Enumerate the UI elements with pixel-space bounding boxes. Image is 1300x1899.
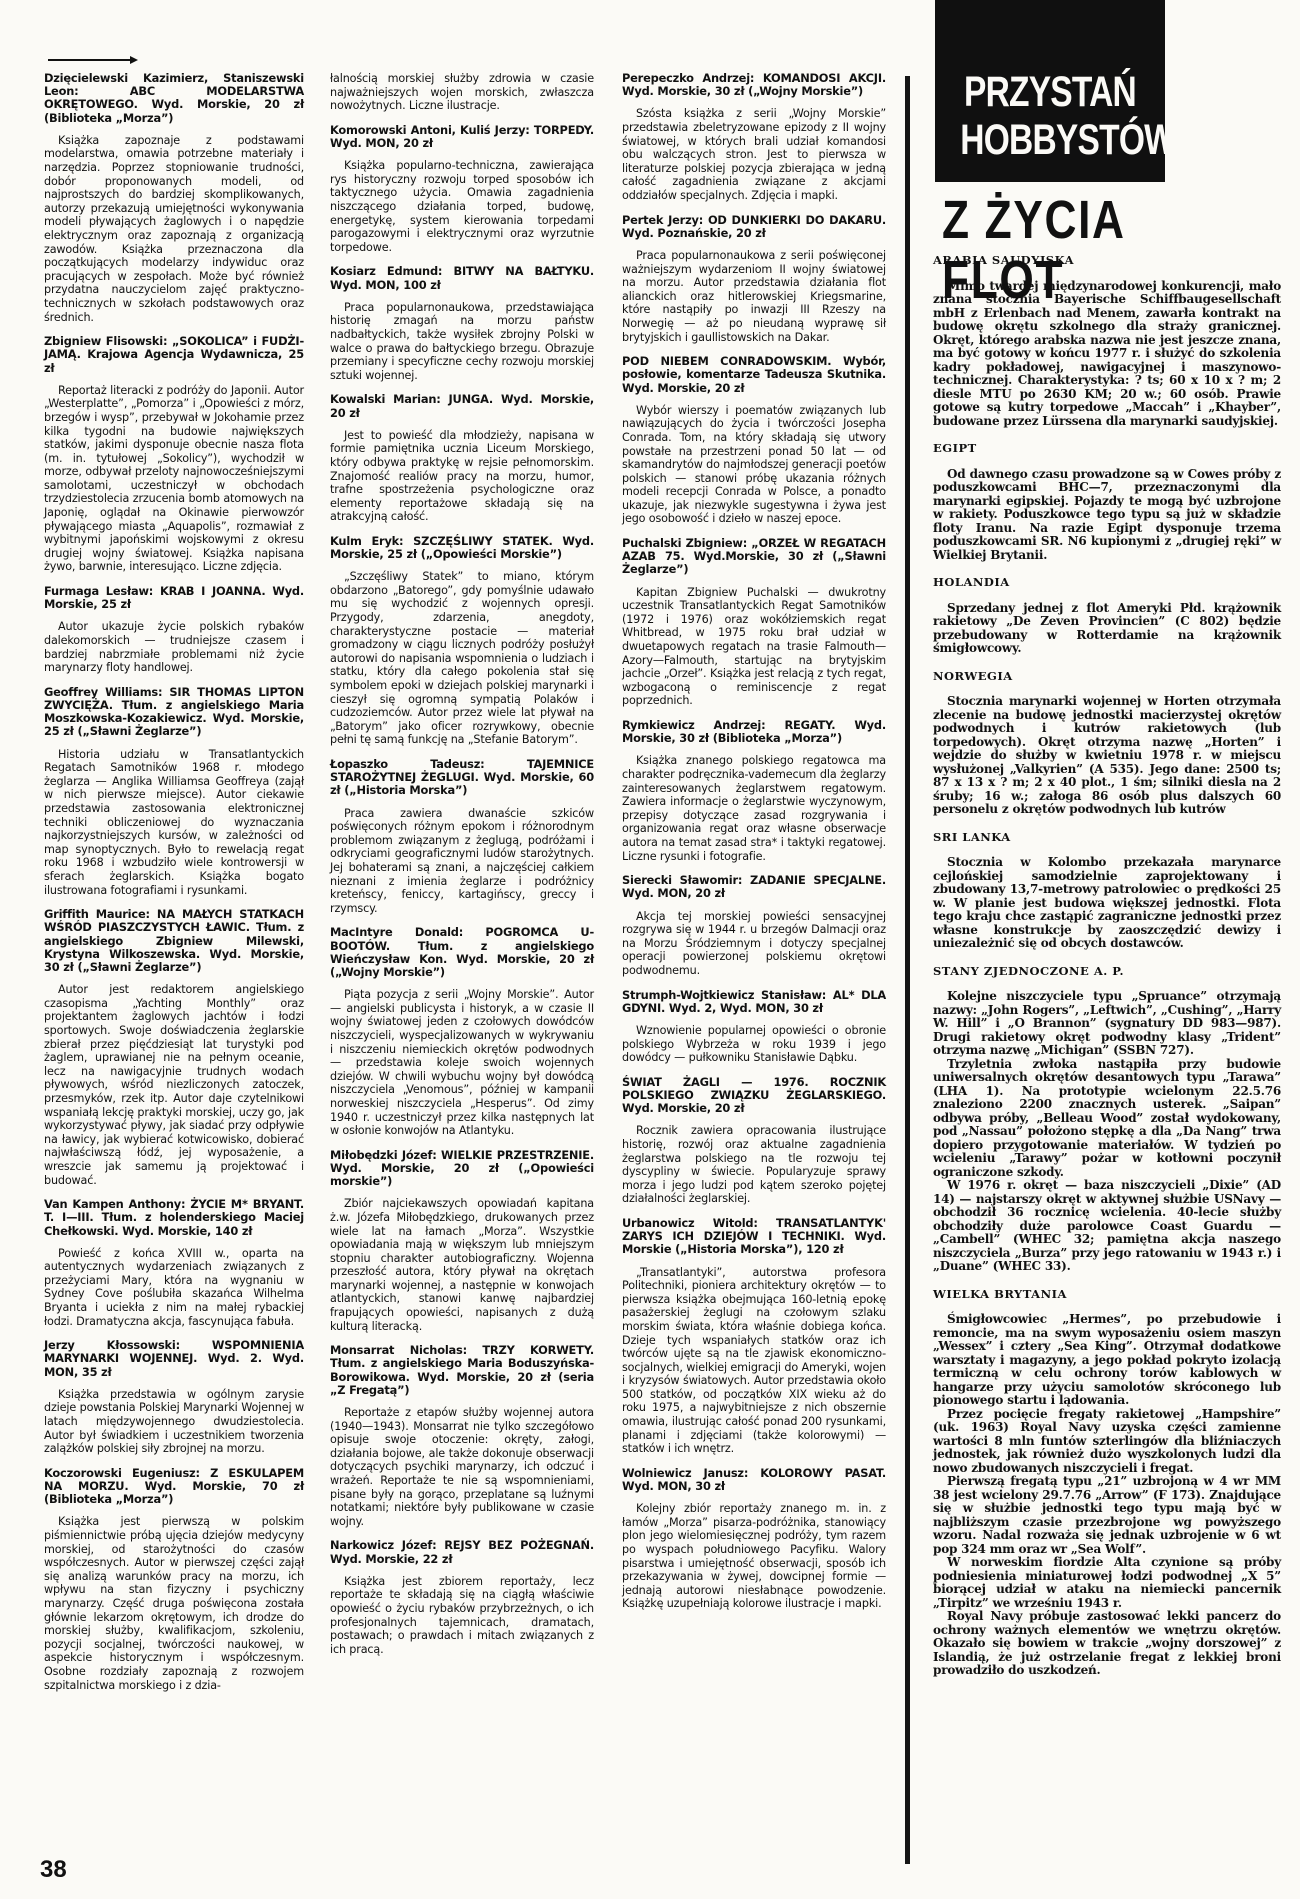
book-heading: ŚWIAT ŻAGLI — 1976. ROCZNIK POLSKIEGO ZW… bbox=[622, 1076, 886, 1116]
book-entry: Urbanowicz Witold: TRANSATLANTYK' ZARYS … bbox=[622, 1217, 886, 1456]
entry-body: łalnością morskiej służby zdrowia w czas… bbox=[330, 72, 594, 113]
book-entry: Geoffrey Williams: SIR THOMAS LIPTON ZWY… bbox=[44, 686, 304, 897]
book-entry: Rymkiewicz Andrzej: REGATY. Wyd. Morskie… bbox=[622, 719, 886, 863]
book-heading: Sierecki Sławomir: ZADANIE SPECJALNE. Wy… bbox=[622, 874, 886, 900]
news-paragraph: Kolejne niszczyciele typu „Spruance” otr… bbox=[933, 990, 1281, 1058]
book-entry: Komorowski Antoni, Kuliś Jerzy: TORPEDY.… bbox=[330, 124, 594, 255]
book-description: Autor jest redaktorem angielskiego czaso… bbox=[44, 983, 304, 1187]
book-heading: Perepeczko Andrzej: KOMANDOSI AKCJI. Wyd… bbox=[622, 72, 886, 98]
book-description: Reportaże z etapów służby wojennej autor… bbox=[330, 1406, 594, 1528]
book-description: Reportaż literacki z podróży do Japonii.… bbox=[44, 384, 304, 574]
book-description: Książka przedstawia w ogólnym zarysie dz… bbox=[44, 1388, 304, 1456]
book-description: „Transatlantyki”, autorstwa profesora Po… bbox=[622, 1266, 886, 1456]
book-heading: Miłobędzki Józef: WIELKIE PRZESTRZENIE. … bbox=[330, 1149, 594, 1189]
book-description: Kolejny zbiór reportaży znanego m. in. z… bbox=[622, 1502, 886, 1611]
book-heading: Monsarrat Nicholas: TRZY KORWETY. Tłum. … bbox=[330, 1344, 594, 1397]
country-heading: WIELKA BRYTANIA bbox=[933, 1288, 1281, 1302]
book-entry: Griffith Maurice: NA MAŁYCH STATKACH WŚR… bbox=[44, 908, 304, 1187]
book-entry: Monsarrat Nicholas: TRZY KORWETY. Tłum. … bbox=[330, 1344, 594, 1528]
news-paragraph: Stocznia marynarki wojennej w Horten otr… bbox=[933, 695, 1281, 817]
book-entry: POD NIEBEM CONRADOWSKIM. Wybór, posłowie… bbox=[622, 355, 886, 526]
book-description: Praca popularnonaukowa, przedstawiająca … bbox=[330, 301, 594, 383]
book-description: Powieść z końca XVIII w., oparta na aute… bbox=[44, 1247, 304, 1329]
book-description: Rocznik zawiera opracowania ilustrujące … bbox=[622, 1124, 886, 1206]
country-section: EGIPTOd dawnego czasu prowadzone są w Co… bbox=[933, 442, 1281, 562]
book-description: Książka popularno-techniczna, zawierając… bbox=[330, 159, 594, 254]
page-number: 38 bbox=[40, 1856, 67, 1884]
book-heading: Furmaga Lesław: KRAB I JOANNA. Wyd. Mors… bbox=[44, 585, 304, 611]
news-paragraph: Przez pocięcie fregaty rakietowej „Hamps… bbox=[933, 1408, 1281, 1476]
news-paragraph: Stocznia w Kolombo przekazała marynarce … bbox=[933, 856, 1281, 951]
book-heading: POD NIEBEM CONRADOWSKIM. Wybór, posłowie… bbox=[622, 355, 886, 395]
book-entry: Miłobędzki Józef: WIELKIE PRZESTRZENIE. … bbox=[330, 1149, 594, 1334]
banner-line-1: PRZYSTAŃ bbox=[960, 68, 1139, 116]
book-review-column-2: łalnością morskiej służby zdrowia w czas… bbox=[330, 72, 594, 1667]
book-description: Książka jest pierwszą w polskim piśmienn… bbox=[44, 1515, 304, 1692]
news-paragraph: Sprzedany jednej z flot Ameryki Płd. krą… bbox=[933, 602, 1281, 656]
book-entry: Koczorowski Eugeniusz: Z ESKULAPEM NA MO… bbox=[44, 1467, 304, 1692]
country-heading: HOLANDIA bbox=[933, 576, 1281, 590]
country-section: SRI LANKAStocznia w Kolombo przekazała m… bbox=[933, 831, 1281, 951]
country-heading: NORWEGIA bbox=[933, 670, 1281, 684]
book-description: Kapitan Zbigniew Puchalski — dwukrotny u… bbox=[622, 586, 886, 708]
book-review-column-3: Perepeczko Andrzej: KOMANDOSI AKCJI. Wyd… bbox=[622, 72, 886, 1622]
book-description: Szósta książka z serii „Wojny Morskie” p… bbox=[622, 107, 886, 202]
book-heading: Griffith Maurice: NA MAŁYCH STATKACH WŚR… bbox=[44, 908, 304, 974]
book-description: Praca zawiera dwanaście szkiców poświęco… bbox=[330, 807, 594, 916]
book-entry: Perepeczko Andrzej: KOMANDOSI AKCJI. Wyd… bbox=[622, 72, 886, 203]
book-heading: Geoffrey Williams: SIR THOMAS LIPTON ZWY… bbox=[44, 686, 304, 739]
book-heading: Jerzy Kłossowski: WSPOMNIENIA MARYNARKI … bbox=[44, 1339, 304, 1379]
continued-text: łalnością morskiej służby zdrowia w czas… bbox=[330, 72, 594, 113]
book-entry: Furmaga Lesław: KRAB I JOANNA. Wyd. Mors… bbox=[44, 585, 304, 675]
column-divider bbox=[905, 76, 910, 1864]
book-heading: Rymkiewicz Andrzej: REGATY. Wyd. Morskie… bbox=[622, 719, 886, 745]
news-paragraph: Mimo twardej międzynarodowej konkurencji… bbox=[933, 280, 1281, 429]
book-heading: Puchalski Zbigniew: „ORZEŁ W REGATACH AZ… bbox=[622, 537, 886, 577]
book-entry: Puchalski Zbigniew: „ORZEŁ W REGATACH AZ… bbox=[622, 537, 886, 708]
country-heading: EGIPT bbox=[933, 442, 1281, 456]
book-description: Jest to powieść dla młodzieży, napisana … bbox=[330, 429, 594, 524]
book-entry: Van Kampen Anthony: ŻYCIE M* BRYANT. T. … bbox=[44, 1198, 304, 1328]
book-entry: MacIntyre Donald: POGROMCA U-BOOTÓW. Tłu… bbox=[330, 926, 594, 1137]
country-section: STANY ZJEDNOCZONE A. P.Kolejne niszczyci… bbox=[933, 965, 1281, 1274]
book-entry: Kosiarz Edmund: BITWY NA BAŁTYKU. Wyd. M… bbox=[330, 265, 594, 382]
book-heading: Koczorowski Eugeniusz: Z ESKULAPEM NA MO… bbox=[44, 1467, 304, 1507]
book-entry: Sierecki Sławomir: ZADANIE SPECJALNE. Wy… bbox=[622, 874, 886, 977]
banner-line-2: HOBBYSTÓW bbox=[960, 116, 1139, 164]
book-description: Książka jest zbiorem reportaży, lecz rep… bbox=[330, 1575, 594, 1657]
fleet-news-column: ARABIA SAUDYJSKAMimo twardej międzynarod… bbox=[933, 254, 1281, 1692]
country-section: ARABIA SAUDYJSKAMimo twardej międzynarod… bbox=[933, 254, 1281, 428]
book-description: Książka znanego polskiego regatowca ma c… bbox=[622, 754, 886, 863]
country-section: NORWEGIAStocznia marynarki wojennej w Ho… bbox=[933, 670, 1281, 817]
book-description: Autor ukazuje życie polskich rybaków dal… bbox=[44, 620, 304, 674]
book-heading: MacIntyre Donald: POGROMCA U-BOOTÓW. Tłu… bbox=[330, 926, 594, 979]
country-heading: SRI LANKA bbox=[933, 831, 1281, 845]
book-entry: Łopaszko Tadeusz: TAJEMNICE STAROŻYTNEJ … bbox=[330, 758, 594, 915]
book-entry: Wolniewicz Janusz: KOLOROWY PASAT. Wyd. … bbox=[622, 1467, 886, 1611]
book-description: Wznowienie popularnej opowieści o obroni… bbox=[622, 1024, 886, 1065]
book-entry: Jerzy Kłossowski: WSPOMNIENIA MARYNARKI … bbox=[44, 1339, 304, 1456]
news-paragraph: Śmigłowcowiec „Hermes”, po przebudowie i… bbox=[933, 1313, 1281, 1408]
book-entry: Strumph-Wojtkiewicz Stanisław: AL* DLA G… bbox=[622, 989, 886, 1065]
book-description: Książka zapoznaje z podstawami modelarst… bbox=[44, 134, 304, 324]
book-description: Akcja tej morskiej powieści sensacyjnej … bbox=[622, 910, 886, 978]
book-entry: Zbigniew Flisowski: „SOKOLICA” i FUDŻI-J… bbox=[44, 335, 304, 574]
news-paragraph: Royal Navy próbuje zastosować lekki panc… bbox=[933, 1610, 1281, 1678]
country-section: HOLANDIASprzedany jednej z flot Ameryki … bbox=[933, 576, 1281, 656]
book-heading: Kowalski Marian: JUNGA. Wyd. Morskie, 20… bbox=[330, 393, 594, 419]
news-paragraph: W 1976 r. okręt — baza niszczycieli „Dix… bbox=[933, 1179, 1281, 1274]
book-description: Historia udziału w Transatlantyckich Reg… bbox=[44, 748, 304, 898]
book-heading: Kulm Eryk: SZCZĘŚLIWY STATEK. Wyd. Morsk… bbox=[330, 535, 594, 561]
book-heading: Dzięcielewski Kazimierz, Staniszewski Le… bbox=[44, 72, 304, 125]
arrow-icon bbox=[48, 55, 138, 65]
book-heading: Narkowicz Józef: REJSY BEZ POŻEGNAŃ. Wyd… bbox=[330, 1539, 594, 1565]
book-heading: Urbanowicz Witold: TRANSATLANTYK' ZARYS … bbox=[622, 1217, 886, 1257]
book-description: Praca popularnonaukowa z serii poświęcon… bbox=[622, 249, 886, 344]
book-heading: Łopaszko Tadeusz: TAJEMNICE STAROŻYTNEJ … bbox=[330, 758, 594, 798]
book-review-column-1: Dzięcielewski Kazimierz, Staniszewski Le… bbox=[44, 72, 304, 1703]
book-heading: Zbigniew Flisowski: „SOKOLICA” i FUDŻI-J… bbox=[44, 335, 304, 375]
book-entry: Dzięcielewski Kazimierz, Staniszewski Le… bbox=[44, 72, 304, 324]
news-paragraph: Trzyletnia zwłoka nastąpiła przy budowie… bbox=[933, 1058, 1281, 1180]
news-paragraph: W norweskim fiordzie Alta czynione są pr… bbox=[933, 1556, 1281, 1610]
book-description: Piąta pozycja z serii „Wojny Morskie”. A… bbox=[330, 988, 594, 1138]
book-description: Wybór wierszy i poematów związanych lub … bbox=[622, 404, 886, 526]
news-paragraph: Od dawnego czasu prowadzone są w Cowes p… bbox=[933, 468, 1281, 563]
country-heading: ARABIA SAUDYJSKA bbox=[933, 254, 1281, 268]
book-heading: Komorowski Antoni, Kuliś Jerzy: TORPEDY.… bbox=[330, 124, 594, 150]
book-heading: Van Kampen Anthony: ŻYCIE M* BRYANT. T. … bbox=[44, 1198, 304, 1238]
book-heading: Kosiarz Edmund: BITWY NA BAŁTYKU. Wyd. M… bbox=[330, 265, 594, 291]
book-entry: Kowalski Marian: JUNGA. Wyd. Morskie, 20… bbox=[330, 393, 594, 524]
book-entry: Kulm Eryk: SZCZĘŚLIWY STATEK. Wyd. Morsk… bbox=[330, 535, 594, 747]
country-heading: STANY ZJEDNOCZONE A. P. bbox=[933, 965, 1281, 979]
book-description: „Szczęśliwy Statek” to miano, którym obd… bbox=[330, 570, 594, 747]
country-section: WIELKA BRYTANIAŚmigłowcowiec „Hermes”, p… bbox=[933, 1288, 1281, 1678]
book-heading: Pertek Jerzy: OD DUNKIERKI DO DAKARU. Wy… bbox=[622, 214, 886, 240]
book-heading: Strumph-Wojtkiewicz Stanisław: AL* DLA G… bbox=[622, 989, 886, 1015]
news-paragraph: Pierwszą fregatą typu „21” uzbrojoną w 4… bbox=[933, 1475, 1281, 1556]
book-description: Zbiór najciekawszych opowiadań kapitana … bbox=[330, 1197, 594, 1333]
book-entry: Narkowicz Józef: REJSY BEZ POŻEGNAŃ. Wyd… bbox=[330, 1539, 594, 1656]
section-banner: PRZYSTAŃ HOBBYSTÓW bbox=[935, 0, 1165, 182]
book-heading: Wolniewicz Janusz: KOLOROWY PASAT. Wyd. … bbox=[622, 1467, 886, 1493]
book-entry: Pertek Jerzy: OD DUNKIERKI DO DAKARU. Wy… bbox=[622, 214, 886, 345]
book-entry: ŚWIAT ŻAGLI — 1976. ROCZNIK POLSKIEGO ZW… bbox=[622, 1076, 886, 1206]
